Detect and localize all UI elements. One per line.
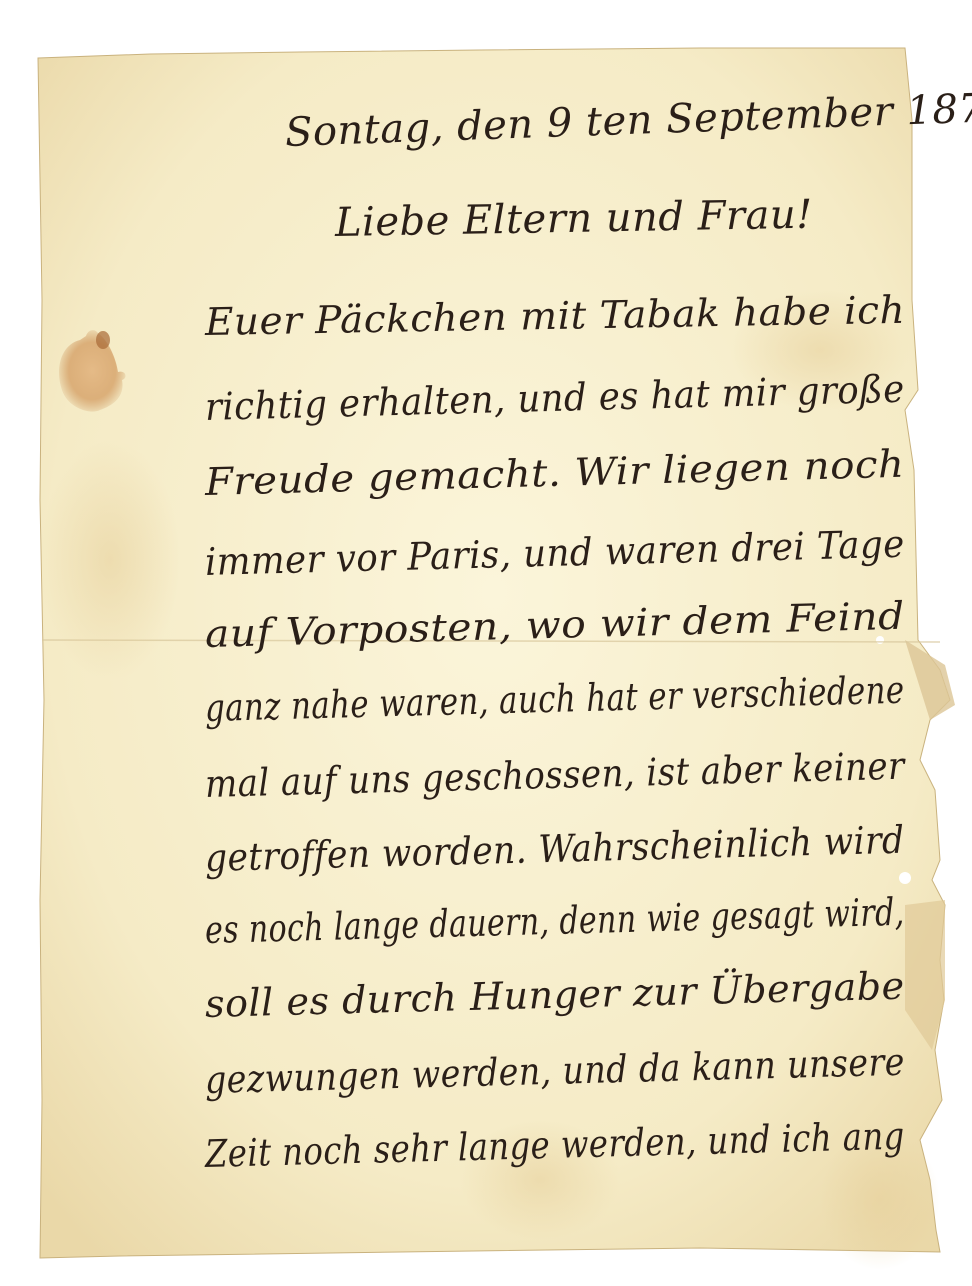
letter-line: gezwungen werden, und da kann unsere [204,1040,905,1102]
letter-dateline: Sontag, den 9 ten September 1870 [284,85,972,156]
letter-line: Euer Päckchen mit Tabak habe ich [205,288,906,344]
letter-line: mal auf uns geschossen, ist aber keiner [204,744,905,806]
letter-line: soll es durch Hunger zur Übergabe [204,964,905,1026]
letter-body: Sontag, den 9 ten September 1870 Liebe E… [0,0,972,1286]
letter-line: es noch lange dauern, denn wie gesagt wi… [204,890,905,952]
letter-line: ganz nahe waren, auch hat er verschieden… [204,668,905,730]
letter-salutation: Liebe Eltern und Frau! [335,192,813,246]
letter-line: getroffen worden. Wahrscheinlich wird [204,818,905,880]
letter-line: auf Vorposten, wo wir dem Feind [204,594,905,656]
letter-line: immer vor Paris, und waren drei Tage [204,522,905,584]
letter-line: Freude gemacht. Wir liegen noch [204,442,905,504]
letter-line: Zeit noch sehr lange werden, und ich ang [204,1114,905,1176]
letter-line: richtig erhalten, und es hat mir große [204,367,905,429]
